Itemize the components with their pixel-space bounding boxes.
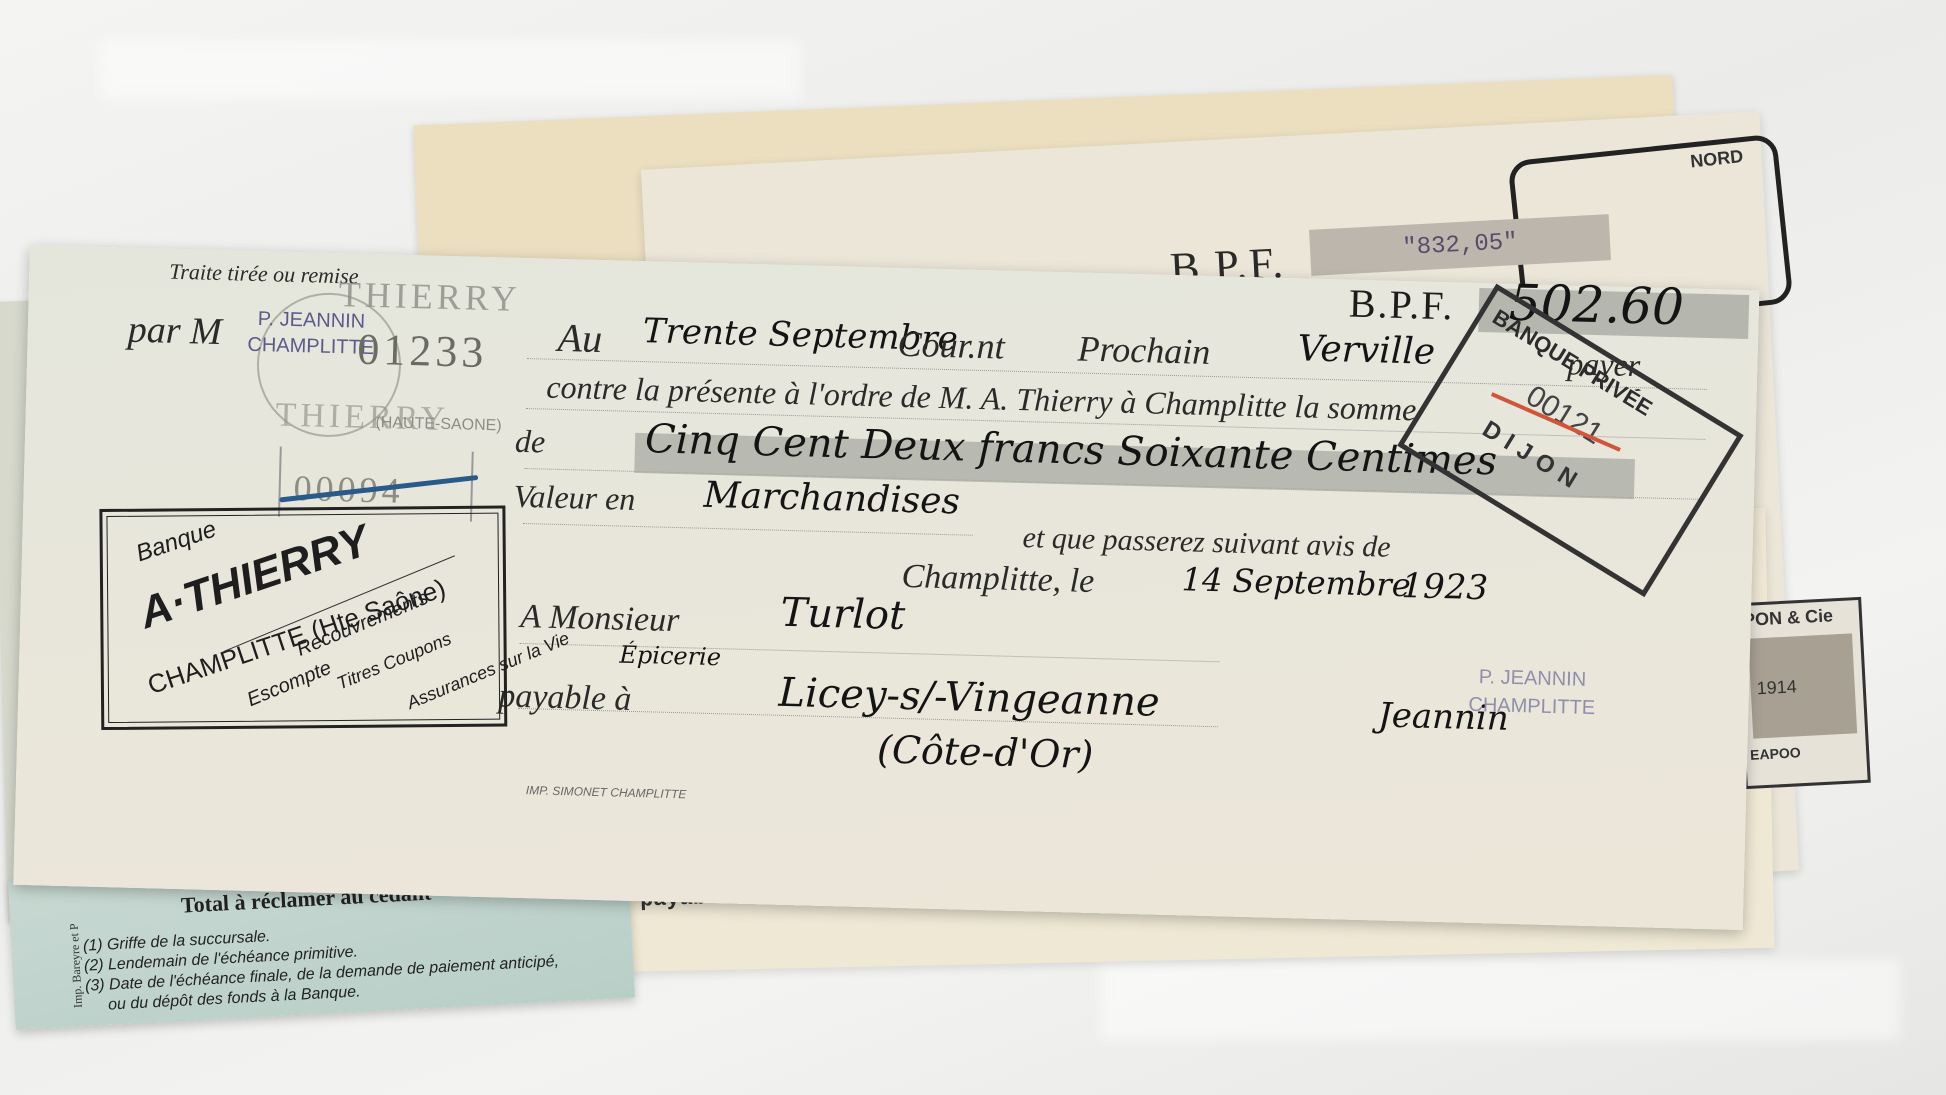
currency-label: B.P.F.	[1348, 280, 1455, 330]
line1-cour: Cour.nt	[897, 323, 1005, 368]
bank-number-stamp: 01233	[357, 324, 488, 378]
issue-year: 1923	[1401, 566, 1489, 608]
presenter-stamp: P. JEANNIN CHAMPLITTE	[247, 306, 375, 361]
drawee-name: Turlot	[780, 590, 906, 639]
haute-saone-stamp: (HAUTE-SAONE)	[375, 414, 502, 435]
value-type: Marchandises	[703, 475, 960, 523]
presenter-prefix: par M	[127, 308, 222, 354]
drawee-prefix: A Monsieur	[520, 598, 680, 640]
payable-prefix: payable à	[498, 677, 632, 718]
line1-prochain: Prochain	[1077, 327, 1211, 372]
printer-imprint: IMP. SIMONET CHAMPLITTE	[526, 783, 687, 801]
tissue-fold	[1100, 960, 1900, 1040]
signer-stamp: P. JEANNIN CHAMPLITTE	[1468, 663, 1596, 722]
drawee-occupation: Épicerie	[619, 641, 721, 672]
issue-place: Champlitte, le	[901, 558, 1095, 601]
line1-prefix: Au	[557, 314, 603, 362]
payable-place: Licey-s/-Vingeanne	[778, 670, 1160, 726]
postage-stamp-pon: PON & Cie 1914 EAPOO	[1735, 597, 1871, 789]
payable-region: (Côte-d'Or)	[877, 727, 1094, 777]
issue-date: 14 Septembre	[1181, 560, 1411, 604]
fiscal-stamp: 1914	[1748, 633, 1857, 738]
printed-header: Traite tirée ou remise	[169, 259, 359, 290]
line4-suffix: et que passerez suivant avis de	[1022, 521, 1391, 565]
bill-of-exchange: Traite tirée ou remise par M THIERRY P. …	[13, 245, 1759, 930]
payment-place: Verville	[1297, 328, 1435, 373]
bank-letterhead-box: Banque A·THIERRY CHAMPLITTE (Hte Saône) …	[99, 506, 507, 731]
bank-label: Banque	[133, 516, 220, 569]
line3-prefix: de	[515, 423, 546, 461]
ruled-line	[523, 523, 973, 536]
tissue-fold	[100, 40, 800, 100]
line4-prefix: Valeur en	[513, 478, 636, 518]
